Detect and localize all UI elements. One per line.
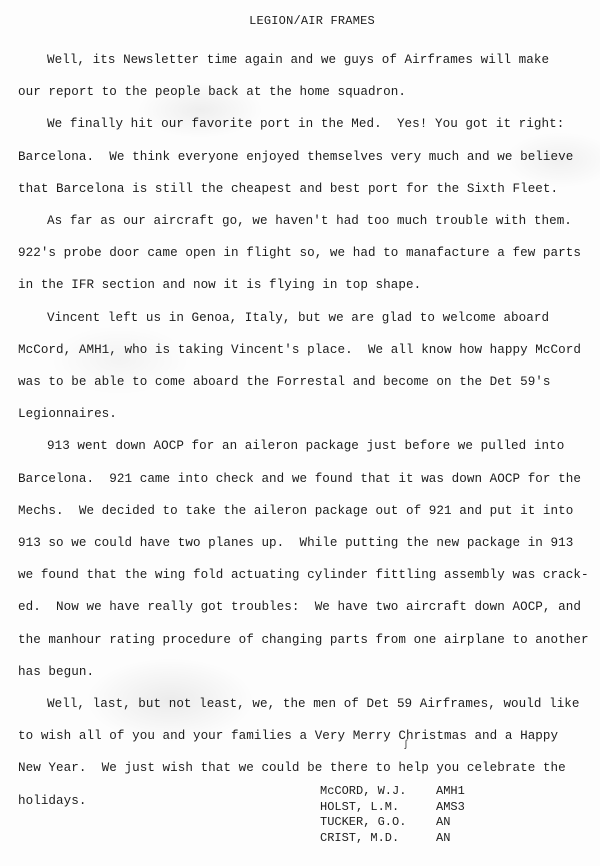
signatory-name: CRIST, M.D. (320, 831, 436, 847)
text-line: New Year. We just wish that we could be … (18, 752, 588, 784)
text-line: in the IFR section and now it is flying … (18, 269, 588, 301)
text-line: our report to the people back at the hom… (18, 76, 588, 108)
signature-row: CRIST, M.D.AN (320, 831, 486, 847)
signatory-rate: AMH1 (436, 784, 486, 800)
text-line: Mechs. We decided to take the aileron pa… (18, 495, 588, 527)
text-line: 913 went down AOCP for an aileron packag… (18, 430, 588, 462)
paragraph: 913 went down AOCP for an aileron packag… (18, 430, 588, 688)
text-line: ed. Now we have really got troubles: We … (18, 591, 588, 623)
text-line: we found that the wing fold actuating cy… (18, 559, 588, 591)
typewritten-page: LEGION/AIR FRAMES Well, its Newsletter t… (0, 0, 600, 866)
signature-block: McCORD, W.J.AMH1HOLST, L.M.AMS3TUCKER, G… (320, 784, 486, 846)
signatory-name: McCORD, W.J. (320, 784, 436, 800)
text-line: 913 so we could have two planes up. Whil… (18, 527, 588, 559)
signatory-rate: AMS3 (436, 800, 486, 816)
paragraph: Well, last, but not least, we, the men o… (18, 688, 588, 817)
text-line: Barcelona. 921 came into check and we fo… (18, 463, 588, 495)
document-title: LEGION/AIR FRAMES (12, 14, 600, 28)
paragraph: Well, its Newsletter time again and we g… (18, 44, 588, 108)
text-line: Legionnaires. (18, 398, 588, 430)
text-line: holidays. (18, 785, 588, 817)
text-line: Well, its Newsletter time again and we g… (18, 44, 588, 76)
text-line: to wish all of you and your families a V… (18, 720, 588, 752)
text-line: McCord, AMH1, who is taking Vincent's pl… (18, 334, 588, 366)
text-line: that Barcelona is still the cheapest and… (18, 173, 588, 205)
text-line: 922's probe door came open in flight so,… (18, 237, 588, 269)
text-line: We finally hit our favorite port in the … (18, 108, 588, 140)
text-line: the manhour rating procedure of changing… (18, 624, 588, 656)
text-line: Vincent left us in Genoa, Italy, but we … (18, 302, 588, 334)
text-line: has begun. (18, 656, 588, 688)
signatory-name: HOLST, L.M. (320, 800, 436, 816)
document-body: Well, its Newsletter time again and we g… (18, 44, 588, 817)
signature-row: TUCKER, G.O.AN (320, 815, 486, 831)
text-line: As far as our aircraft go, we haven't ha… (18, 205, 588, 237)
signatory-rate: AN (436, 831, 486, 847)
paragraph: Vincent left us in Genoa, Italy, but we … (18, 302, 588, 431)
text-line: Well, last, but not least, we, the men o… (18, 688, 588, 720)
signatory-name: TUCKER, G.O. (320, 815, 436, 831)
ink-mark: ʃ (403, 740, 409, 751)
signature-row: HOLST, L.M.AMS3 (320, 800, 486, 816)
signatory-rate: AN (436, 815, 486, 831)
text-line: Barcelona. We think everyone enjoyed the… (18, 141, 588, 173)
text-line: was to be able to come aboard the Forres… (18, 366, 588, 398)
signature-row: McCORD, W.J.AMH1 (320, 784, 486, 800)
paragraph: As far as our aircraft go, we haven't ha… (18, 205, 588, 302)
paragraph: We finally hit our favorite port in the … (18, 108, 588, 205)
